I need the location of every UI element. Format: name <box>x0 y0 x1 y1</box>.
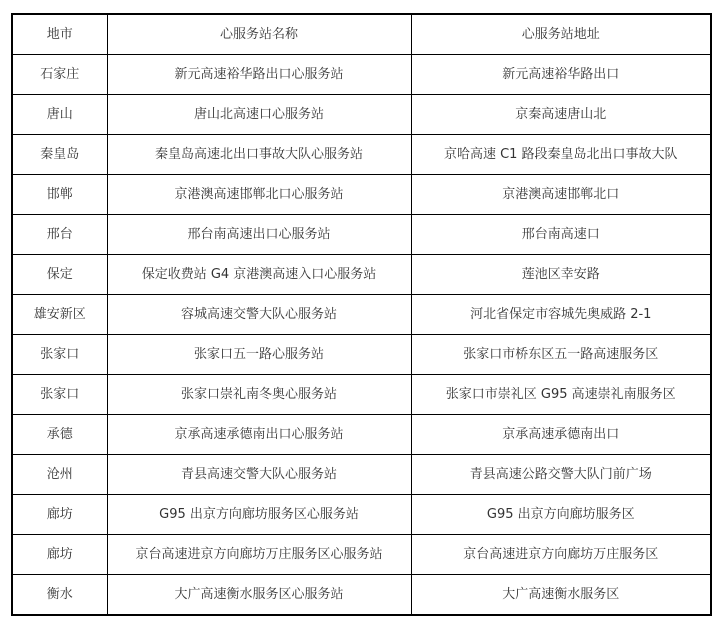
header-station-address: 心服务站地址 <box>411 14 711 55</box>
city-cell: 承德 <box>12 415 107 455</box>
city-cell: 石家庄 <box>12 55 107 95</box>
station-name-cell: G95 出京方向廊坊服务区心服务站 <box>107 495 411 535</box>
page: 地市 心服务站名称 心服务站地址 石家庄新元高速裕华路出口心服务站新元高速裕华路… <box>0 0 720 623</box>
station-address-cell: 京港澳高速邯郸北口 <box>411 175 711 215</box>
city-cell: 邢台 <box>12 215 107 255</box>
station-name-cell: 张家口五一路心服务站 <box>107 335 411 375</box>
table-row: 雄安新区容城高速交警大队心服务站河北省保定市容城先奥威路 2-1 <box>12 295 711 335</box>
city-cell: 衡水 <box>12 575 107 616</box>
city-cell: 雄安新区 <box>12 295 107 335</box>
city-cell: 秦皇岛 <box>12 135 107 175</box>
table-header-row: 地市 心服务站名称 心服务站地址 <box>12 14 711 55</box>
station-name-cell: 唐山北高速口心服务站 <box>107 95 411 135</box>
city-cell: 廊坊 <box>12 495 107 535</box>
table-row: 邯郸京港澳高速邯郸北口心服务站京港澳高速邯郸北口 <box>12 175 711 215</box>
table-row: 承德京承高速承德南出口心服务站京承高速承德南出口 <box>12 415 711 455</box>
station-address-cell: 邢台南高速口 <box>411 215 711 255</box>
city-cell: 沧州 <box>12 455 107 495</box>
station-address-cell: 京台高速进京方向廊坊万庄服务区 <box>411 535 711 575</box>
table-row: 张家口张家口崇礼南冬奥心服务站张家口市崇礼区 G95 高速崇礼南服务区 <box>12 375 711 415</box>
station-name-cell: 京承高速承德南出口心服务站 <box>107 415 411 455</box>
station-name-cell: 京台高速进京方向廊坊万庄服务区心服务站 <box>107 535 411 575</box>
station-address-cell: 莲池区幸安路 <box>411 255 711 295</box>
station-address-cell: 青县高速公路交警大队门前广场 <box>411 455 711 495</box>
table-row: 张家口张家口五一路心服务站张家口市桥东区五一路高速服务区 <box>12 335 711 375</box>
table-row: 廊坊京台高速进京方向廊坊万庄服务区心服务站京台高速进京方向廊坊万庄服务区 <box>12 535 711 575</box>
station-address-cell: G95 出京方向廊坊服务区 <box>411 495 711 535</box>
city-cell: 保定 <box>12 255 107 295</box>
city-cell: 唐山 <box>12 95 107 135</box>
station-address-cell: 张家口市桥东区五一路高速服务区 <box>411 335 711 375</box>
station-name-cell: 新元高速裕华路出口心服务站 <box>107 55 411 95</box>
station-name-cell: 张家口崇礼南冬奥心服务站 <box>107 375 411 415</box>
station-name-cell: 容城高速交警大队心服务站 <box>107 295 411 335</box>
table-row: 唐山唐山北高速口心服务站京秦高速唐山北 <box>12 95 711 135</box>
station-address-cell: 张家口市崇礼区 G95 高速崇礼南服务区 <box>411 375 711 415</box>
header-city: 地市 <box>12 14 107 55</box>
city-cell: 廊坊 <box>12 535 107 575</box>
station-address-cell: 京哈高速 C1 路段秦皇岛北出口事故大队 <box>411 135 711 175</box>
table-row: 秦皇岛秦皇岛高速北出口事故大队心服务站京哈高速 C1 路段秦皇岛北出口事故大队 <box>12 135 711 175</box>
table-row: 石家庄新元高速裕华路出口心服务站新元高速裕华路出口 <box>12 55 711 95</box>
station-name-cell: 京港澳高速邯郸北口心服务站 <box>107 175 411 215</box>
table-row: 衡水大广高速衡水服务区心服务站大广高速衡水服务区 <box>12 575 711 616</box>
station-address-cell: 新元高速裕华路出口 <box>411 55 711 95</box>
station-name-cell: 秦皇岛高速北出口事故大队心服务站 <box>107 135 411 175</box>
header-station-name: 心服务站名称 <box>107 14 411 55</box>
station-name-cell: 大广高速衡水服务区心服务站 <box>107 575 411 616</box>
table-row: 廊坊G95 出京方向廊坊服务区心服务站G95 出京方向廊坊服务区 <box>12 495 711 535</box>
city-cell: 张家口 <box>12 335 107 375</box>
city-cell: 张家口 <box>12 375 107 415</box>
station-name-cell: 邢台南高速出口心服务站 <box>107 215 411 255</box>
table-row: 邢台邢台南高速出口心服务站邢台南高速口 <box>12 215 711 255</box>
station-name-cell: 青县高速交警大队心服务站 <box>107 455 411 495</box>
table-head: 地市 心服务站名称 心服务站地址 <box>12 14 711 55</box>
station-address-cell: 京秦高速唐山北 <box>411 95 711 135</box>
table-row: 沧州青县高速交警大队心服务站青县高速公路交警大队门前广场 <box>12 455 711 495</box>
station-address-cell: 大广高速衡水服务区 <box>411 575 711 616</box>
station-name-cell: 保定收费站 G4 京港澳高速入口心服务站 <box>107 255 411 295</box>
service-stations-table: 地市 心服务站名称 心服务站地址 石家庄新元高速裕华路出口心服务站新元高速裕华路… <box>11 13 712 616</box>
city-cell: 邯郸 <box>12 175 107 215</box>
station-address-cell: 京承高速承德南出口 <box>411 415 711 455</box>
table-body: 石家庄新元高速裕华路出口心服务站新元高速裕华路出口唐山唐山北高速口心服务站京秦高… <box>12 55 711 616</box>
station-address-cell: 河北省保定市容城先奥威路 2-1 <box>411 295 711 335</box>
table-row: 保定保定收费站 G4 京港澳高速入口心服务站莲池区幸安路 <box>12 255 711 295</box>
